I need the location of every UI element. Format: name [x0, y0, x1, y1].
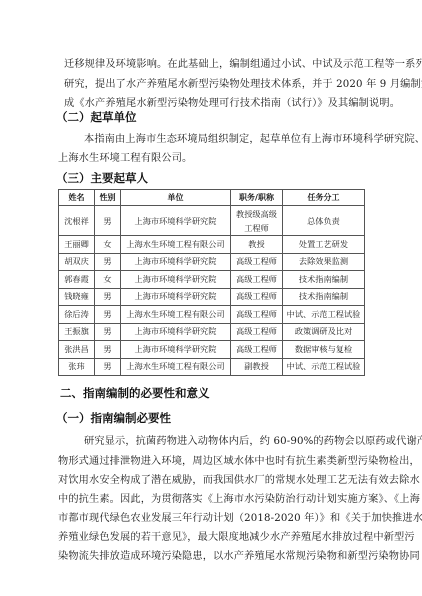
- cell-title: 教授: [231, 236, 283, 254]
- cell-unit: 上海市环境科学研究院: [121, 288, 231, 306]
- cell-title: 高级工程师: [231, 271, 283, 289]
- cell-task: 中试、示范工程试验: [283, 358, 365, 376]
- cell-title-line-1: 教授级高级: [231, 207, 282, 221]
- cell-unit: 上海市环境科学研究院: [121, 323, 231, 341]
- drafting-unit-line-2: 上海水生环境工程有限公司。: [58, 149, 192, 164]
- cell-title: 高级工程师: [231, 341, 283, 359]
- cell-name: 郭春霞: [59, 271, 95, 289]
- table-row: 郭春霞 女 上海市环境科学研究院 高级工程师 技术指南编制: [59, 271, 365, 289]
- table-row: 王丽卿 女 上海水生环境工程有限公司 教授 处置工艺研发: [59, 236, 365, 254]
- cell-title: 副教授: [231, 358, 283, 376]
- chapter-heading-necessity: 二、指南编制的必要性和意义: [60, 385, 210, 401]
- cell-gender: 男: [95, 306, 121, 324]
- cell-unit: 上海水生环境工程有限公司: [121, 236, 231, 254]
- cell-name: 沈根祥: [59, 206, 95, 236]
- cell-name: 徐后涛: [59, 306, 95, 324]
- cell-gender: 女: [95, 236, 121, 254]
- cell-gender: 男: [95, 206, 121, 236]
- header-unit: 单位: [121, 190, 231, 206]
- necessity-line-5: 市都市现代绿色农业发展三年行动计划（2018-2020 年）》和《关于加快推进水…: [58, 509, 422, 524]
- cell-title: 高级工程师: [231, 306, 283, 324]
- cell-gender: 男: [95, 341, 121, 359]
- header-title: 职务/职称: [231, 190, 283, 206]
- table-header-row: 姓名 性别 单位 职务/职称 任务分工: [59, 190, 365, 206]
- cell-title: 教授级高级 工程师: [231, 206, 283, 236]
- header-task: 任务分工: [283, 190, 365, 206]
- cell-task: 去除效果监测: [283, 253, 365, 271]
- cell-unit: 上海市环境科学研究院: [121, 253, 231, 271]
- cell-task: 技术指南编制: [283, 288, 365, 306]
- cell-task: 技术指南编制: [283, 271, 365, 289]
- table-row: 张洪昌 男 上海市环境科学研究院 高级工程师 数据审核与复检: [59, 341, 365, 359]
- intro-line-1: 迁移规律及环境影响。在此基础上，编制组通过小试、中试及示范工程等一系列: [64, 55, 422, 70]
- cell-name: 胡双庆: [59, 253, 95, 271]
- cell-name: 张洪昌: [59, 341, 95, 359]
- drafting-unit-line-1: 本指南由上海市生态环境局组织制定，起草单位有上海市环境科学研究院、: [84, 130, 422, 145]
- cell-title: 高级工程师: [231, 253, 283, 271]
- section-heading-drafting-unit: （二）起草单位: [56, 109, 137, 125]
- cell-task: 总体负责: [283, 206, 365, 236]
- cell-title-line-2: 工程师: [231, 221, 282, 235]
- cell-task: 数据审核与复检: [283, 341, 365, 359]
- cell-unit: 上海市环境科学研究院: [121, 206, 231, 236]
- table-row: 张玮 男 上海水生环境工程有限公司 副教授 中试、示范工程试验: [59, 358, 365, 376]
- cell-gender: 男: [95, 253, 121, 271]
- cell-title: 高级工程师: [231, 288, 283, 306]
- intro-line-3: 成《水产养殖尾水新型污染物处理可行技术指南（试行）》及其编制说明。: [64, 94, 400, 109]
- header-gender: 性别: [95, 190, 121, 206]
- table-row: 沈根祥 男 上海市环境科学研究院 教授级高级 工程师 总体负责: [59, 206, 365, 236]
- cell-unit: 上海水生环境工程有限公司: [121, 358, 231, 376]
- drafters-table: 姓名 性别 单位 职务/职称 任务分工 沈根祥 男 上海市环境科学研究院 教授级…: [58, 189, 365, 376]
- cell-task: 中试、示范工程试验: [283, 306, 365, 324]
- table-row: 钱晓雍 男 上海市环境科学研究院 高级工程师 技术指南编制: [59, 288, 365, 306]
- cell-unit: 上海市环境科学研究院: [121, 341, 231, 359]
- intro-line-2: 研究，提出了水产养殖尾水新型污染物处理技术体系，并于 2020 年 9 月编制完: [64, 75, 422, 90]
- cell-name: 钱晓雍: [59, 288, 95, 306]
- cell-name: 王丽卿: [59, 236, 95, 254]
- cell-unit: 上海水生环境工程有限公司: [121, 306, 231, 324]
- necessity-line-6: 养殖业绿色发展的若干意见》，最大限度地减少水产养殖尾水排放过程中新型污: [58, 528, 415, 543]
- necessity-line-1: 研究显示，抗菌药物进入动物体内后，约 60-90%的药物会以原药或代谢产: [84, 432, 422, 447]
- necessity-line-3: 对饮用水安全构成了潜在威胁，而我国供水厂的常规水处理工艺无法有效去除水: [58, 471, 420, 486]
- cell-name: 张玮: [59, 358, 95, 376]
- cell-gender: 女: [95, 271, 121, 289]
- necessity-line-2: 物形式通过排泄物进入环境，周边区域水体中也时有抗生素类新型污染物检出，: [58, 452, 420, 467]
- table-row: 胡双庆 男 上海市环境科学研究院 高级工程师 去除效果监测: [59, 253, 365, 271]
- subsection-heading-necessity: （一）指南编制必要性: [56, 410, 171, 426]
- cell-gender: 男: [95, 323, 121, 341]
- cell-name: 王振旗: [59, 323, 95, 341]
- header-name: 姓名: [59, 190, 95, 206]
- cell-task: 处置工艺研发: [283, 236, 365, 254]
- necessity-line-7: 染物流失排放造成环境污染隐患，以水产养殖尾水常规污染物和新型污染物协同: [58, 547, 420, 562]
- cell-title: 高级工程师: [231, 323, 283, 341]
- cell-gender: 男: [95, 358, 121, 376]
- necessity-line-4: 中的抗生素。因此，为贯彻落实《上海市水污染防治行动计划实施方案》、《上海: [58, 490, 420, 505]
- cell-gender: 男: [95, 288, 121, 306]
- cell-unit: 上海市环境科学研究院: [121, 271, 231, 289]
- section-heading-drafters: （三）主要起草人: [56, 170, 148, 186]
- table-row: 徐后涛 男 上海水生环境工程有限公司 高级工程师 中试、示范工程试验: [59, 306, 365, 324]
- table-row: 王振旗 男 上海市环境科学研究院 高级工程师 政策调研及比对: [59, 323, 365, 341]
- cell-task: 政策调研及比对: [283, 323, 365, 341]
